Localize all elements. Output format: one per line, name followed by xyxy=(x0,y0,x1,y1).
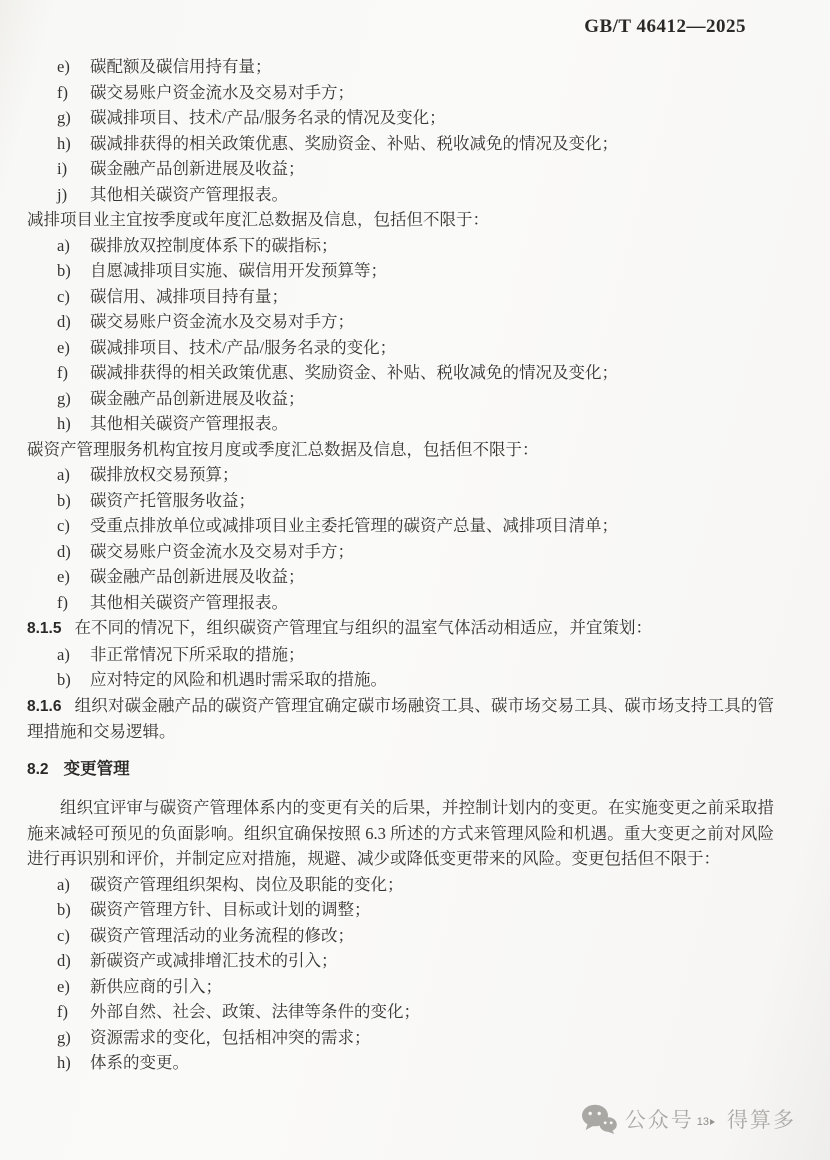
list-item-label: f) xyxy=(57,999,90,1025)
list-item-text: 资源需求的变化，包括相冲突的需求； xyxy=(90,1025,774,1051)
list-item-label: h) xyxy=(57,1050,90,1076)
list-item-text: 其他相关碳资产管理报表。 xyxy=(90,411,774,437)
list-item-label: a) xyxy=(57,872,90,898)
paragraph-change-management: 组织宜评审与碳资产管理体系内的变更有关的后果，并控制计划内的变更。在实施变更之前… xyxy=(27,795,774,872)
watermark: 公众号 13 得算多 xyxy=(581,1104,796,1134)
list-item: e) 新供应商的引入； xyxy=(27,974,774,1000)
list-item-text: 碳减排项目、技术/产品/服务名录的变化； xyxy=(90,335,774,361)
page-number: 13 xyxy=(697,1116,709,1128)
list-item-text: 碳交易账户资金流水及交易对手方； xyxy=(90,309,774,335)
document-page: GB/T 46412—2025 e) 碳配额及碳信用持有量； f) 碳交易账户资… xyxy=(0,0,830,1160)
list-item: f) 其他相关碳资产管理报表。 xyxy=(27,590,774,616)
list-item-label: e) xyxy=(57,974,90,1000)
list-item-label: g) xyxy=(57,386,90,412)
list-item-text: 非正常情况下所采取的措施； xyxy=(90,642,774,668)
wechat-icon xyxy=(581,1104,617,1134)
list-item: f) 外部自然、社会、政策、法律等条件的变化； xyxy=(27,999,774,1025)
clause-number: 8.1.6 xyxy=(27,698,61,715)
list-item-label: h) xyxy=(57,411,90,437)
document-content: e) 碳配额及碳信用持有量； f) 碳交易账户资金流水及交易对手方； g) 碳减… xyxy=(27,54,774,1076)
list-item: j) 其他相关碳资产管理报表。 xyxy=(27,182,774,208)
section-number: 8.2 xyxy=(27,761,49,778)
list-item-label: f) xyxy=(57,80,90,106)
list-item: g) 资源需求的变化，包括相冲突的需求； xyxy=(27,1025,774,1051)
page-marker-arrow xyxy=(710,1119,715,1125)
list-item: c) 受重点排放单位或减排项目业主委托管理的碳资产总量、减排项目清单； xyxy=(27,513,774,539)
clause-text: 在不同的情况下，组织碳资产管理宜与组织的温室气体活动相适应，并宜策划： xyxy=(74,618,652,637)
list-item-label: b) xyxy=(57,667,90,693)
list-item-text: 碳交易账户资金流水及交易对手方； xyxy=(90,80,774,106)
list-item-text: 碳信用、减排项目持有量； xyxy=(90,284,774,310)
list-item-text: 自愿减排项目实施、碳信用开发预算等； xyxy=(90,258,774,284)
list-item-label: f) xyxy=(57,590,90,616)
list-item-label: j) xyxy=(57,182,90,208)
list-item-label: h) xyxy=(57,131,90,157)
list-item: b) 碳资产管理方针、目标或计划的调整； xyxy=(27,897,774,923)
list-item: g) 碳减排项目、技术/产品/服务名录的情况及变化； xyxy=(27,105,774,131)
list-item-label: b) xyxy=(57,258,90,284)
list-item-text: 新碳资产或减排增汇技术的引入； xyxy=(90,948,774,974)
list-item: f) 碳减排获得的相关政策优惠、奖励资金、补贴、税收减免的情况及变化； xyxy=(27,360,774,386)
section-title: 变更管理 xyxy=(64,760,130,778)
list-item-text: 碳资产管理活动的业务流程的修改； xyxy=(90,923,774,949)
list-item: h) 其他相关碳资产管理报表。 xyxy=(27,411,774,437)
list-item-text: 新供应商的引入； xyxy=(90,974,774,1000)
list-item-label: e) xyxy=(57,564,90,590)
paragraph-service-org: 碳资产管理服务机构宜按月度或季度汇总数据及信息，包括但不限于： xyxy=(27,437,774,463)
list-item-text: 碳减排项目、技术/产品/服务名录的情况及变化； xyxy=(90,105,774,131)
list-item: f) 碳交易账户资金流水及交易对手方； xyxy=(27,80,774,106)
list-item-text: 碳交易账户资金流水及交易对手方； xyxy=(90,539,774,565)
list-item-label: e) xyxy=(57,335,90,361)
list-item-text: 碳排放权交易预算； xyxy=(90,462,774,488)
list-item-text: 碳配额及碳信用持有量； xyxy=(90,54,774,80)
list-item: a) 非正常情况下所采取的措施； xyxy=(27,642,774,668)
watermark-label: 公众号 xyxy=(625,1104,694,1134)
list-item: a) 碳排放权交易预算； xyxy=(27,462,774,488)
standard-number: GB/T 46412—2025 xyxy=(584,16,746,38)
clause-8-1-6: 8.1.6组织对碳金融产品的碳资产管理宜确定碳市场融资工具、碳市场交易工具、碳市… xyxy=(27,693,774,745)
list-item-label: a) xyxy=(57,462,90,488)
watermark-name: 得算多 xyxy=(727,1104,796,1134)
list-item-label: c) xyxy=(57,923,90,949)
list-item-label: c) xyxy=(57,513,90,539)
list-item-text: 碳金融产品创新进展及收益； xyxy=(90,386,774,412)
list-item-label: g) xyxy=(57,105,90,131)
list-item: h) 碳减排获得的相关政策优惠、奖励资金、补贴、税收减免的情况及变化； xyxy=(27,131,774,157)
clause-text: 组织对碳金融产品的碳资产管理宜确定碳市场融资工具、碳市场交易工具、碳市场支持工具… xyxy=(27,696,774,742)
list-item: b) 应对特定的风险和机遇时需采取的措施。 xyxy=(27,667,774,693)
clause-8-1-5: 8.1.5在不同的情况下，组织碳资产管理宜与组织的温室气体活动相适应，并宜策划： xyxy=(27,615,774,642)
list-item: d) 碳交易账户资金流水及交易对手方； xyxy=(27,309,774,335)
list-item: c) 碳资产管理活动的业务流程的修改； xyxy=(27,923,774,949)
list-item: e) 碳金融产品创新进展及收益； xyxy=(27,564,774,590)
list-item-text: 体系的变更。 xyxy=(90,1050,774,1076)
list-item-text: 碳金融产品创新进展及收益； xyxy=(90,156,774,182)
list-item: b) 碳资产托管服务收益； xyxy=(27,488,774,514)
list-item-label: b) xyxy=(57,488,90,514)
list-item: b) 自愿减排项目实施、碳信用开发预算等； xyxy=(27,258,774,284)
list-item-text: 碳资产管理方针、目标或计划的调整； xyxy=(90,897,774,923)
list-item-text: 碳资产托管服务收益； xyxy=(90,488,774,514)
list-item-label: d) xyxy=(57,309,90,335)
list-item: e) 碳减排项目、技术/产品/服务名录的变化； xyxy=(27,335,774,361)
list-item: c) 碳信用、减排项目持有量； xyxy=(27,284,774,310)
paragraph-project-owner: 减排项目业主宜按季度或年度汇总数据及信息，包括但不限于： xyxy=(27,207,774,233)
list-item-label: a) xyxy=(57,233,90,259)
list-item-text: 碳排放双控制度体系下的碳指标； xyxy=(90,233,774,259)
list-item: d) 新碳资产或减排增汇技术的引入； xyxy=(27,948,774,974)
list-item-text: 其他相关碳资产管理报表。 xyxy=(90,182,774,208)
list-item-label: d) xyxy=(57,948,90,974)
list-item-text: 碳金融产品创新进展及收益； xyxy=(90,564,774,590)
list-item-label: c) xyxy=(57,284,90,310)
list-item-text: 其他相关碳资产管理报表。 xyxy=(90,590,774,616)
list-item: g) 碳金融产品创新进展及收益； xyxy=(27,386,774,412)
list-item-text: 应对特定的风险和机遇时需采取的措施。 xyxy=(90,667,774,693)
list-item-label: b) xyxy=(57,897,90,923)
list-item-label: g) xyxy=(57,1025,90,1051)
clause-number: 8.1.5 xyxy=(27,620,61,637)
list-item-text: 碳减排获得的相关政策优惠、奖励资金、补贴、税收减免的情况及变化； xyxy=(90,360,774,386)
list-item-label: f) xyxy=(57,360,90,386)
list-item: a) 碳资产管理组织架构、岗位及职能的变化； xyxy=(27,872,774,898)
section-8-2-heading: 8.2变更管理 xyxy=(27,757,774,783)
list-item: i) 碳金融产品创新进展及收益； xyxy=(27,156,774,182)
list-item-text: 碳资产管理组织架构、岗位及职能的变化； xyxy=(90,872,774,898)
list-item-label: d) xyxy=(57,539,90,565)
list-item-label: i) xyxy=(57,156,90,182)
list-item: e) 碳配额及碳信用持有量； xyxy=(27,54,774,80)
list-item-text: 外部自然、社会、政策、法律等条件的变化； xyxy=(90,999,774,1025)
list-item: a) 碳排放双控制度体系下的碳指标； xyxy=(27,233,774,259)
list-item-text: 碳减排获得的相关政策优惠、奖励资金、补贴、税收减免的情况及变化； xyxy=(90,131,774,157)
list-item-label: e) xyxy=(57,54,90,80)
list-item: d) 碳交易账户资金流水及交易对手方； xyxy=(27,539,774,565)
list-item-text: 受重点排放单位或减排项目业主委托管理的碳资产总量、减排项目清单； xyxy=(90,513,774,539)
list-item-label: a) xyxy=(57,642,90,668)
list-item: h) 体系的变更。 xyxy=(27,1050,774,1076)
